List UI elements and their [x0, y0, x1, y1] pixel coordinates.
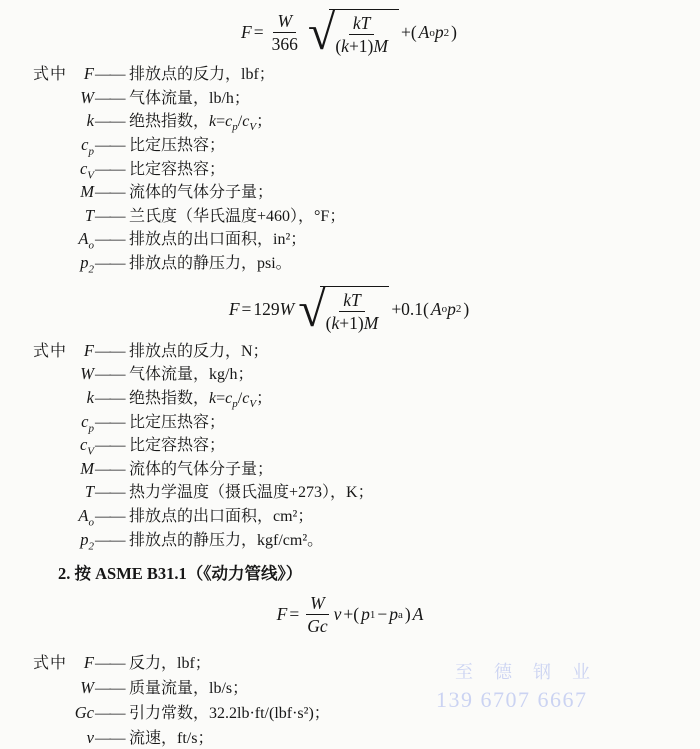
variable-pa: p: [389, 604, 398, 625]
plus-open-paren: +(: [341, 604, 361, 625]
variable: cV: [67, 433, 94, 457]
variable: T: [67, 204, 94, 228]
definition-line: cV——比定容热容；: [0, 157, 700, 181]
variable: cp: [67, 410, 94, 434]
definition-text: 热力学温度（摄氏温度+273），K；: [125, 481, 374, 505]
definition-line: T——热力学温度（摄氏温度+273），K；: [0, 480, 700, 504]
definition-line: cV——比定容热容；: [0, 433, 700, 457]
minus-sign: −: [375, 604, 389, 625]
document-page: F=W366√kT(k+1)M+(Aop2) 式中F——排放点的反力，lbf； …: [0, 0, 700, 749]
definition-line: M——流体的气体分子量；: [0, 180, 700, 204]
variable-M: M: [364, 313, 379, 333]
em-dash: ——: [94, 158, 125, 182]
em-dash: ——: [94, 252, 125, 276]
variable-A: A: [419, 22, 430, 43]
variable: Ao: [67, 504, 94, 528]
em-dash: ——: [94, 701, 125, 726]
fraction-numerator: W: [273, 11, 296, 33]
variable: p2: [67, 251, 94, 275]
variable: F: [67, 62, 94, 86]
variable-v: v: [334, 604, 342, 625]
section-heading: 2. 按 ASME B31.1（《动力管线》）: [0, 560, 700, 584]
fraction-numerator: W: [306, 593, 329, 615]
variable-W: W: [280, 299, 295, 320]
definition-text: 绝热指数，k=cp/cV；: [125, 110, 272, 134]
variable: W: [67, 675, 94, 700]
fraction: W366: [268, 11, 302, 54]
em-dash: ——: [94, 411, 125, 435]
em-dash: ——: [94, 434, 125, 458]
radicand: kT(k+1)M: [329, 9, 399, 56]
variable: Gc: [67, 700, 94, 725]
em-dash: ——: [94, 340, 125, 364]
definition-line: k——绝热指数，k=cp/cV；: [0, 109, 700, 133]
fraction-numerator: kT: [339, 290, 365, 312]
square-root: √kT(k+1)M: [298, 286, 389, 333]
paren: +1): [349, 36, 373, 56]
fraction-numerator: kT: [349, 13, 375, 35]
definition-block-2: 式中F——排放点的反力，N； W——气体流量，kg/h； k——绝热指数，k=c…: [0, 339, 700, 551]
em-dash: ——: [94, 181, 125, 205]
fraction-denominator: (k+1)M: [322, 312, 383, 333]
formula-asme: F=WGcv+(p1−pa)A: [0, 593, 700, 636]
formula-lead-label: 式中: [33, 63, 67, 87]
fraction-denominator: (k+1)M: [331, 35, 392, 56]
formula-lhs: F: [241, 22, 252, 43]
variable: cp: [67, 133, 94, 157]
paren: +1): [339, 313, 363, 333]
definition-text: 反力，lbf；: [125, 651, 211, 676]
definition-line: 式中F——排放点的反力，N；: [0, 339, 700, 363]
definition-text: 绝热指数，k=cp/cV；: [125, 387, 272, 411]
variable: W: [67, 362, 94, 386]
plus-open-paren: +(: [399, 22, 419, 43]
watermark: 至德钢业 139 6707 6667: [436, 658, 611, 713]
variable: Ao: [67, 227, 94, 251]
em-dash: ——: [94, 205, 125, 229]
equals-sign: =: [252, 22, 266, 43]
variable: cV: [67, 157, 94, 181]
coefficient: 129: [253, 299, 279, 320]
definition-line: v——流速，ft/s；: [0, 725, 700, 749]
em-dash: ——: [94, 87, 125, 111]
definition-text: 比定容热容；: [125, 158, 225, 182]
definition-text: 流速，ft/s；: [125, 726, 213, 749]
watermark-company-name: 至德钢业: [436, 658, 611, 684]
definition-line: p2——排放点的静压力，psi。: [0, 251, 700, 275]
variable: k: [67, 386, 94, 410]
formula-lhs: F: [229, 299, 240, 320]
fraction: WGc: [303, 593, 331, 636]
definition-line: cp——比定压热容；: [0, 410, 700, 434]
formula-lhs: F: [277, 604, 288, 625]
definition-text: 比定压热容；: [125, 134, 225, 158]
definition-text: 排放点的静压力，psi。: [125, 252, 292, 276]
definition-line: 式中F——排放点的反力，lbf；: [0, 62, 700, 86]
definition-text: 排放点的反力，N；: [125, 340, 269, 364]
em-dash: ——: [94, 363, 125, 387]
definition-text: 气体流量，kg/h；: [125, 363, 253, 387]
square-root: √kT(k+1)M: [308, 9, 399, 56]
definition-line: cp——比定压热容；: [0, 133, 700, 157]
radicand: kT(k+1)M: [320, 286, 390, 333]
fraction-denominator: Gc: [303, 615, 331, 636]
variable: v: [67, 725, 94, 749]
definition-text: 排放点的静压力，kgf/cm²。: [125, 529, 323, 553]
em-dash: ——: [94, 63, 125, 87]
fraction: kT(k+1)M: [331, 13, 392, 56]
variable: M: [67, 180, 94, 204]
definition-text: 比定压热容；: [125, 411, 225, 435]
em-dash: ——: [94, 387, 125, 411]
em-dash: ——: [94, 458, 125, 482]
close-paren: ): [461, 299, 471, 320]
em-dash: ——: [94, 651, 125, 676]
variable: W: [67, 86, 94, 110]
variable-p: p: [447, 299, 456, 320]
equals-sign: =: [240, 299, 254, 320]
variable-p1: p: [361, 604, 370, 625]
definition-line: T——兰氏度（华氏温度+460），°F；: [0, 204, 700, 228]
em-dash: ——: [94, 529, 125, 553]
close-paren: ): [449, 22, 459, 43]
watermark-phone-number: 139 6707 6667: [436, 687, 611, 713]
definition-text: 比定容热容；: [125, 434, 225, 458]
variable-p: p: [435, 22, 444, 43]
formula-metric: F=129W√kT(k+1)M+0.1(Aop2): [0, 286, 700, 333]
definition-line: W——气体流量，lb/h；: [0, 86, 700, 110]
variable: k: [67, 109, 94, 133]
definition-block-1: 式中F——排放点的反力，lbf； W——气体流量，lb/h； k——绝热指数，k…: [0, 62, 700, 274]
equals-sign: =: [287, 604, 301, 625]
variable-M: M: [373, 36, 388, 56]
em-dash: ——: [94, 134, 125, 158]
fraction-denominator: 366: [268, 33, 302, 54]
definition-text: 引力常数，32.2lb·ft/(lbf·s²)；: [125, 701, 330, 726]
definition-text: 流体的气体分子量；: [125, 458, 273, 482]
definition-text: 兰氏度（华氏温度+460），°F；: [125, 205, 345, 229]
variable-A: A: [431, 299, 442, 320]
definition-line: M——流体的气体分子量；: [0, 457, 700, 481]
formula-imperial: F=W366√kT(k+1)M+(Aop2): [0, 9, 700, 56]
fraction: kT(k+1)M: [322, 290, 383, 333]
definition-text: 质量流量，lb/s；: [125, 676, 248, 701]
definition-line: p2——排放点的静压力，kgf/cm²。: [0, 528, 700, 552]
definition-text: 排放点的出口面积，cm²；: [125, 505, 313, 529]
formula-lead-label: 式中: [33, 651, 67, 676]
definition-line: Ao——排放点的出口面积，cm²；: [0, 504, 700, 528]
em-dash: ——: [94, 726, 125, 749]
definition-line: W——气体流量，kg/h；: [0, 362, 700, 386]
em-dash: ——: [94, 676, 125, 701]
variable: p2: [67, 528, 94, 552]
definition-text: 气体流量，lb/h；: [125, 87, 250, 111]
em-dash: ——: [94, 505, 125, 529]
definition-line: Ao——排放点的出口面积，in²；: [0, 227, 700, 251]
definition-line: k——绝热指数，k=cp/cV；: [0, 386, 700, 410]
variable: F: [67, 650, 94, 675]
formula-lead-label: 式中: [33, 340, 67, 364]
variable-A: A: [413, 604, 424, 625]
em-dash: ——: [94, 228, 125, 252]
close-paren: ): [403, 604, 413, 625]
definition-text: 排放点的反力，lbf；: [125, 63, 275, 87]
variable: M: [67, 457, 94, 481]
em-dash: ——: [94, 110, 125, 134]
definition-text: 流体的气体分子量；: [125, 181, 273, 205]
variable: T: [67, 480, 94, 504]
plus-coefficient: +0.1(: [389, 299, 431, 320]
variable: F: [67, 339, 94, 363]
em-dash: ——: [94, 481, 125, 505]
definition-text: 排放点的出口面积，in²；: [125, 228, 306, 252]
variable-k: k: [341, 36, 349, 56]
